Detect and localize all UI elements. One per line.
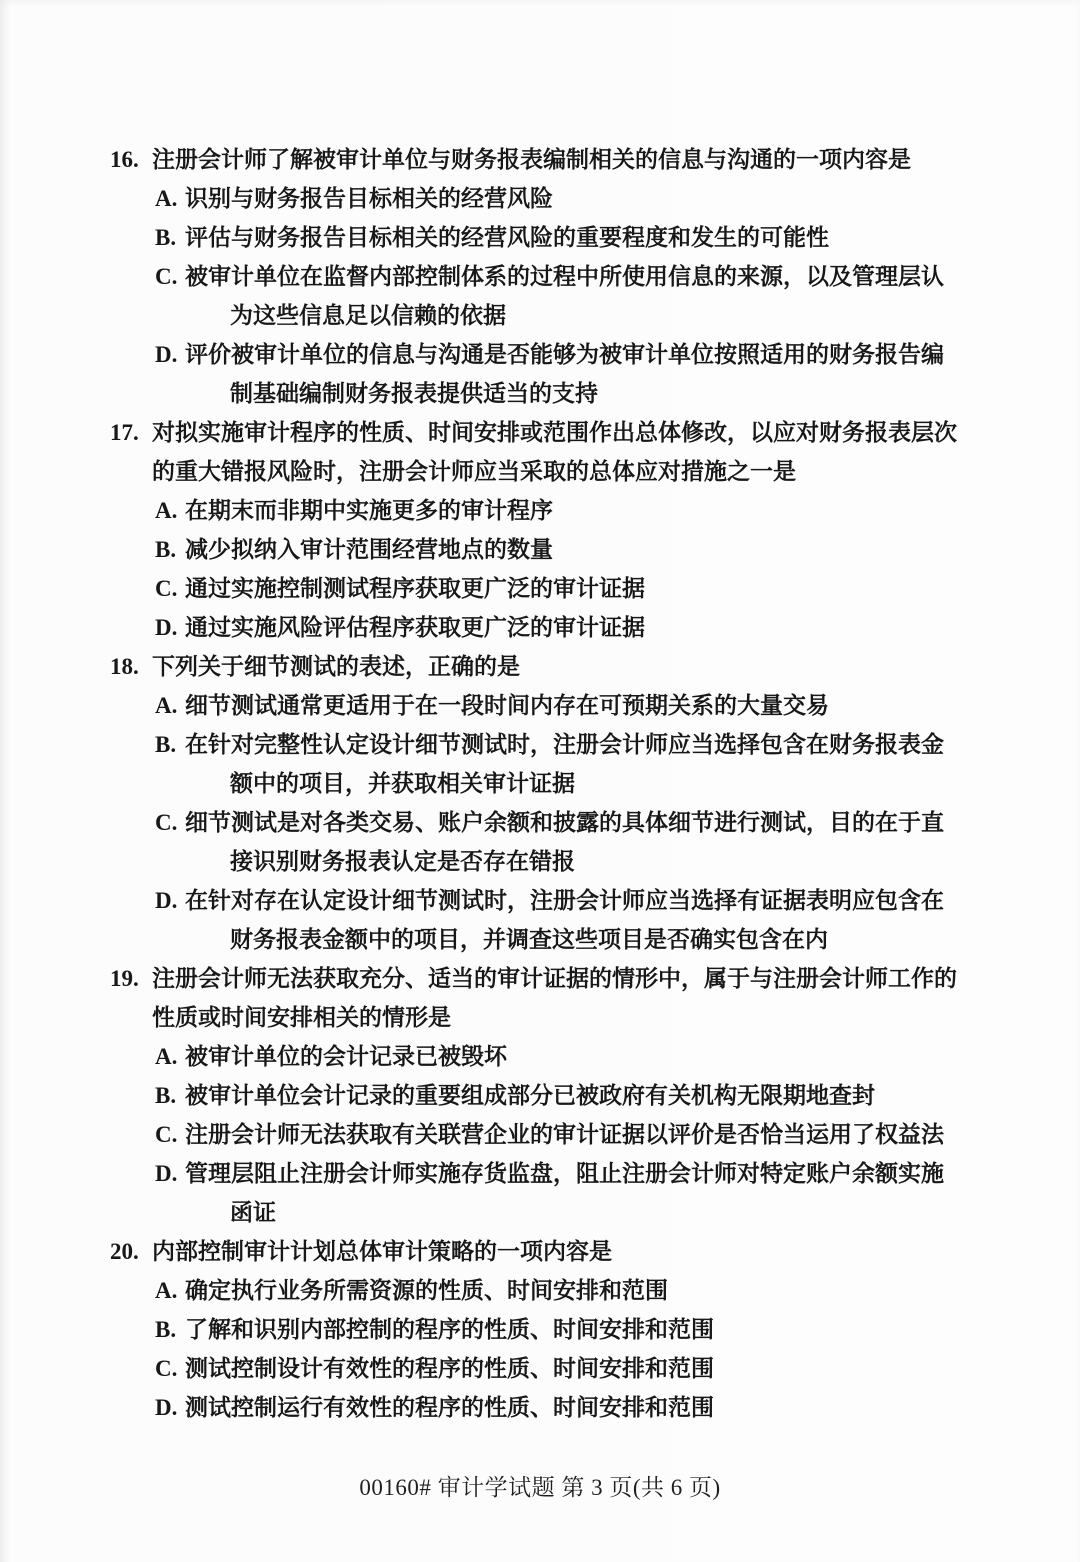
- option-text: 了解和识别内部控制的程序的性质、时间安排和范围: [185, 1310, 714, 1349]
- option-text: 细节测试通常更适用于在一段时间内存在可预期关系的大量交易: [185, 686, 829, 725]
- option-c: C. 注册会计师无法获取有关联营企业的审计证据以评价是否恰当运用了权益法: [155, 1115, 957, 1154]
- option-text: 评价被审计单位的信息与沟通是否能够为被审计单位按照适用的财务报告编: [185, 335, 944, 374]
- option-c: C. 被审计单位在监督内部控制体系的过程中所使用信息的来源，以及管理层认: [155, 257, 957, 296]
- option-c-continued: 接识别财务报表认定是否存在错报: [110, 842, 957, 881]
- option-label: B.: [155, 530, 185, 569]
- option-label: B.: [155, 1076, 185, 1115]
- question-stem-text-continued: 的重大错报风险时，注册会计师应当采取的总体应对措施之一是: [152, 452, 796, 491]
- option-text: 被审计单位会计记录的重要组成部分已被政府有关机构无限期地查封: [185, 1076, 875, 1115]
- question-number: 18.: [110, 647, 152, 686]
- option-d-continued: 财务报表金额中的项目，并调查这些项目是否确实包含在内: [110, 920, 957, 959]
- question-stem-text: 对拟实施审计程序的性质、时间安排或范围作出总体修改，以应对财务报表层次: [152, 413, 957, 452]
- option-a: A. 确定执行业务所需资源的性质、时间安排和范围: [155, 1271, 957, 1310]
- option-text: 在针对存在认定设计细节测试时，注册会计师应当选择有证据表明应包含在: [185, 881, 944, 920]
- option-b: B. 评估与财务报告目标相关的经营风险的重要程度和发生的可能性: [155, 218, 957, 257]
- option-text: 通过实施风险评估程序获取更广泛的审计证据: [185, 608, 645, 647]
- question-stem-text: 内部控制审计计划总体审计策略的一项内容是: [152, 1232, 612, 1271]
- option-label: B.: [155, 725, 185, 764]
- option-d-continued: 制基础编制财务报表提供适当的支持: [110, 374, 957, 413]
- option-text-continued: 额中的项目，并获取相关审计证据: [230, 764, 575, 803]
- option-label: C.: [155, 803, 185, 842]
- question-18: 18. 下列关于细节测试的表述，正确的是 A. 细节测试通常更适用于在一段时间内…: [110, 647, 957, 959]
- question-stem-text-continued: 性质或时间安排相关的情形是: [152, 998, 451, 1037]
- option-label: D.: [155, 881, 185, 920]
- option-label: C.: [155, 569, 185, 608]
- question-stem: 18. 下列关于细节测试的表述，正确的是: [110, 647, 957, 686]
- option-text: 减少拟纳入审计范围经营地点的数量: [185, 530, 553, 569]
- option-label: B.: [155, 1310, 185, 1349]
- option-label: B.: [155, 218, 185, 257]
- option-text-continued: 接识别财务报表认定是否存在错报: [230, 842, 575, 881]
- option-b: B. 了解和识别内部控制的程序的性质、时间安排和范围: [155, 1310, 957, 1349]
- option-label: A.: [155, 1037, 185, 1076]
- option-b: B. 被审计单位会计记录的重要组成部分已被政府有关机构无限期地查封: [155, 1076, 957, 1115]
- option-text: 被审计单位在监督内部控制体系的过程中所使用信息的来源，以及管理层认: [185, 257, 944, 296]
- option-d: D. 评价被审计单位的信息与沟通是否能够为被审计单位按照适用的财务报告编: [155, 335, 957, 374]
- option-d: D. 通过实施风险评估程序获取更广泛的审计证据: [155, 608, 957, 647]
- option-c-continued: 为这些信息足以信赖的依据: [110, 296, 957, 335]
- option-b: B. 在针对完整性认定设计细节测试时，注册会计师应当选择包含在财务报表金: [155, 725, 957, 764]
- option-text: 管理层阻止注册会计师实施存货监盘，阻止注册会计师对特定账户余额实施: [185, 1154, 944, 1193]
- question-stem: 19. 注册会计师无法获取充分、适当的审计证据的情形中，属于与注册会计师工作的: [110, 959, 957, 998]
- exam-paper-page: 16. 注册会计师了解被审计单位与财务报表编制相关的信息与沟通的一项内容是 A.…: [0, 0, 1080, 1562]
- option-b: B. 减少拟纳入审计范围经营地点的数量: [155, 530, 957, 569]
- question-stem-continued: 性质或时间安排相关的情形是: [110, 998, 957, 1037]
- question-stem: 20. 内部控制审计计划总体审计策略的一项内容是: [110, 1232, 957, 1271]
- question-stem: 17. 对拟实施审计程序的性质、时间安排或范围作出总体修改，以应对财务报表层次: [110, 413, 957, 452]
- option-c: C. 通过实施控制测试程序获取更广泛的审计证据: [155, 569, 957, 608]
- option-label: D.: [155, 1388, 185, 1427]
- option-text: 在针对完整性认定设计细节测试时，注册会计师应当选择包含在财务报表金: [185, 725, 944, 764]
- question-number: 20.: [110, 1232, 152, 1271]
- option-d: D. 测试控制运行有效性的程序的性质、时间安排和范围: [155, 1388, 957, 1427]
- question-17: 17. 对拟实施审计程序的性质、时间安排或范围作出总体修改，以应对财务报表层次 …: [110, 413, 957, 647]
- exam-questions: 16. 注册会计师了解被审计单位与财务报表编制相关的信息与沟通的一项内容是 A.…: [110, 140, 957, 1427]
- option-label: D.: [155, 608, 185, 647]
- option-label: A.: [155, 686, 185, 725]
- question-stem-text: 注册会计师了解被审计单位与财务报表编制相关的信息与沟通的一项内容是: [152, 140, 911, 179]
- question-stem-text: 下列关于细节测试的表述，正确的是: [152, 647, 520, 686]
- option-text: 被审计单位的会计记录已被毁坏: [185, 1037, 507, 1076]
- option-a: A. 被审计单位的会计记录已被毁坏: [155, 1037, 957, 1076]
- question-stem: 16. 注册会计师了解被审计单位与财务报表编制相关的信息与沟通的一项内容是: [110, 140, 957, 179]
- option-text: 在期末而非期中实施更多的审计程序: [185, 491, 553, 530]
- option-d-continued: 函证: [110, 1193, 957, 1232]
- question-19: 19. 注册会计师无法获取充分、适当的审计证据的情形中，属于与注册会计师工作的 …: [110, 959, 957, 1232]
- question-number: 19.: [110, 959, 152, 998]
- question-stem-continued: 的重大错报风险时，注册会计师应当采取的总体应对措施之一是: [110, 452, 957, 491]
- question-number: 16.: [110, 140, 152, 179]
- option-text-continued: 函证: [230, 1193, 276, 1232]
- option-text: 测试控制设计有效性的程序的性质、时间安排和范围: [185, 1349, 714, 1388]
- option-d: D. 在针对存在认定设计细节测试时，注册会计师应当选择有证据表明应包含在: [155, 881, 957, 920]
- question-number: 17.: [110, 413, 152, 452]
- option-text-continued: 财务报表金额中的项目，并调查这些项目是否确实包含在内: [230, 920, 828, 959]
- option-text-continued: 为这些信息足以信赖的依据: [230, 296, 506, 335]
- option-b-continued: 额中的项目，并获取相关审计证据: [110, 764, 957, 803]
- page-footer: 00160# 审计学试题 第 3 页(共 6 页): [0, 1468, 1080, 1507]
- option-text-continued: 制基础编制财务报表提供适当的支持: [230, 374, 598, 413]
- option-label: C.: [155, 1349, 185, 1388]
- option-text: 通过实施控制测试程序获取更广泛的审计证据: [185, 569, 645, 608]
- option-c: C. 细节测试是对各类交易、账户余额和披露的具体细节进行测试，目的在于直: [155, 803, 957, 842]
- option-text: 评估与财务报告目标相关的经营风险的重要程度和发生的可能性: [185, 218, 829, 257]
- option-text: 识别与财务报告目标相关的经营风险: [185, 179, 553, 218]
- question-stem-text: 注册会计师无法获取充分、适当的审计证据的情形中，属于与注册会计师工作的: [152, 959, 957, 998]
- option-label: C.: [155, 257, 185, 296]
- option-a: A. 识别与财务报告目标相关的经营风险: [155, 179, 957, 218]
- question-16: 16. 注册会计师了解被审计单位与财务报表编制相关的信息与沟通的一项内容是 A.…: [110, 140, 957, 413]
- option-text: 细节测试是对各类交易、账户余额和披露的具体细节进行测试，目的在于直: [185, 803, 944, 842]
- option-label: C.: [155, 1115, 185, 1154]
- option-text: 注册会计师无法获取有关联营企业的审计证据以评价是否恰当运用了权益法: [185, 1115, 944, 1154]
- option-text: 确定执行业务所需资源的性质、时间安排和范围: [185, 1271, 668, 1310]
- question-20: 20. 内部控制审计计划总体审计策略的一项内容是 A. 确定执行业务所需资源的性…: [110, 1232, 957, 1427]
- option-label: D.: [155, 1154, 185, 1193]
- option-c: C. 测试控制设计有效性的程序的性质、时间安排和范围: [155, 1349, 957, 1388]
- option-label: D.: [155, 335, 185, 374]
- option-label: A.: [155, 1271, 185, 1310]
- option-label: A.: [155, 491, 185, 530]
- option-a: A. 细节测试通常更适用于在一段时间内存在可预期关系的大量交易: [155, 686, 957, 725]
- option-d: D. 管理层阻止注册会计师实施存货监盘，阻止注册会计师对特定账户余额实施: [155, 1154, 957, 1193]
- option-a: A. 在期末而非期中实施更多的审计程序: [155, 491, 957, 530]
- option-text: 测试控制运行有效性的程序的性质、时间安排和范围: [185, 1388, 714, 1427]
- option-label: A.: [155, 179, 185, 218]
